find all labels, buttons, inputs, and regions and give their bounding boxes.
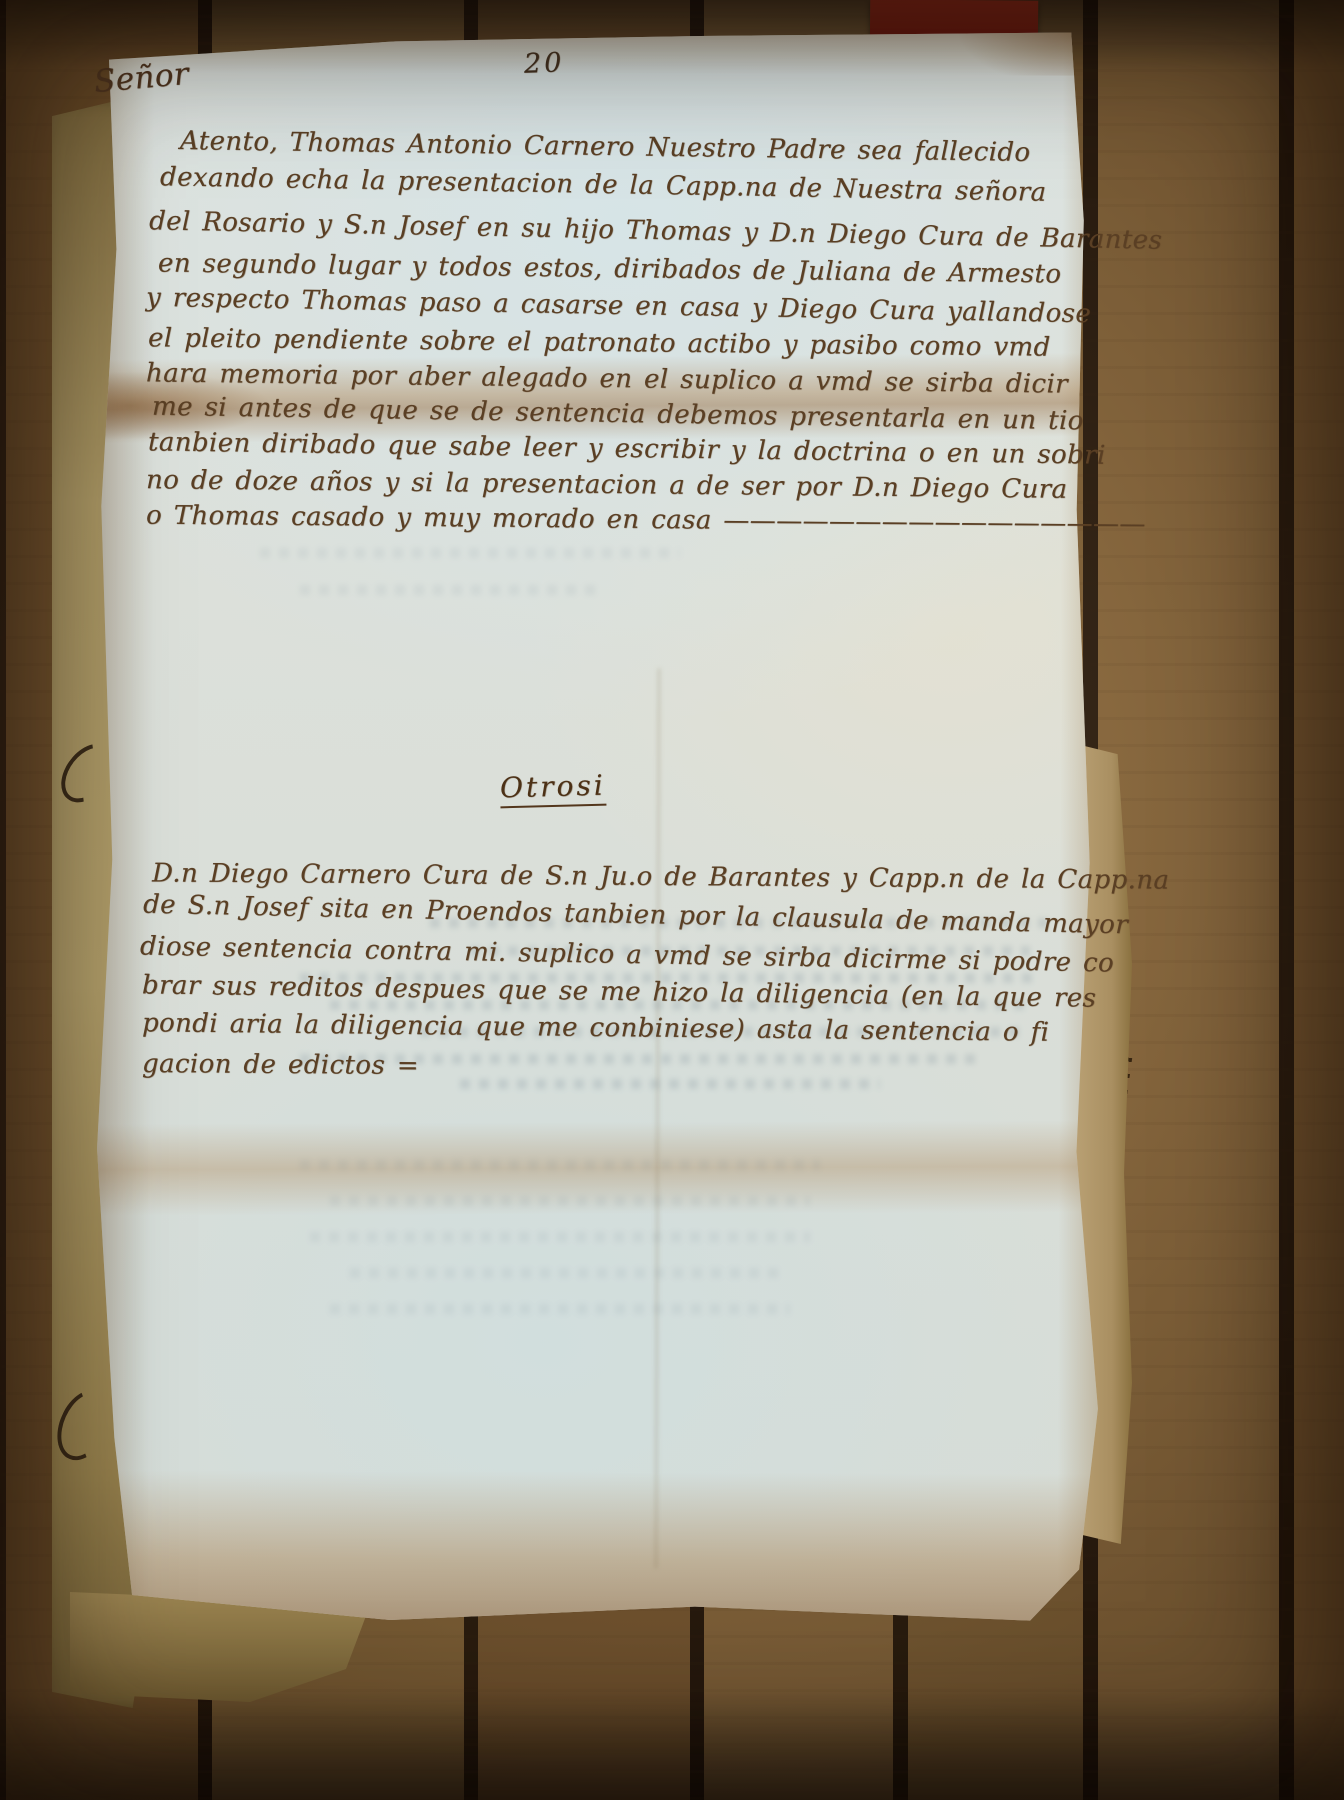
bleedthrough-smudge (460, 1079, 880, 1089)
photo-scene: Señor 20 Atento, Thomas Antonio Carnero … (0, 0, 1344, 1800)
bleedthrough-smudge (300, 1160, 820, 1170)
bleedthrough-smudge (330, 1304, 790, 1314)
folio-number: 20 (523, 47, 564, 79)
bleedthrough-smudge (300, 585, 600, 595)
bleedthrough-smudge (330, 1196, 810, 1206)
vertical-crease (654, 669, 660, 1568)
manuscript-line: gacion de edictos = (142, 1049, 419, 1081)
bleedthrough-smudge (310, 1232, 810, 1242)
bleedthrough-smudge (260, 548, 680, 558)
otrosi-heading: Otrosi (500, 769, 607, 809)
bleedthrough-smudge (350, 1268, 780, 1278)
